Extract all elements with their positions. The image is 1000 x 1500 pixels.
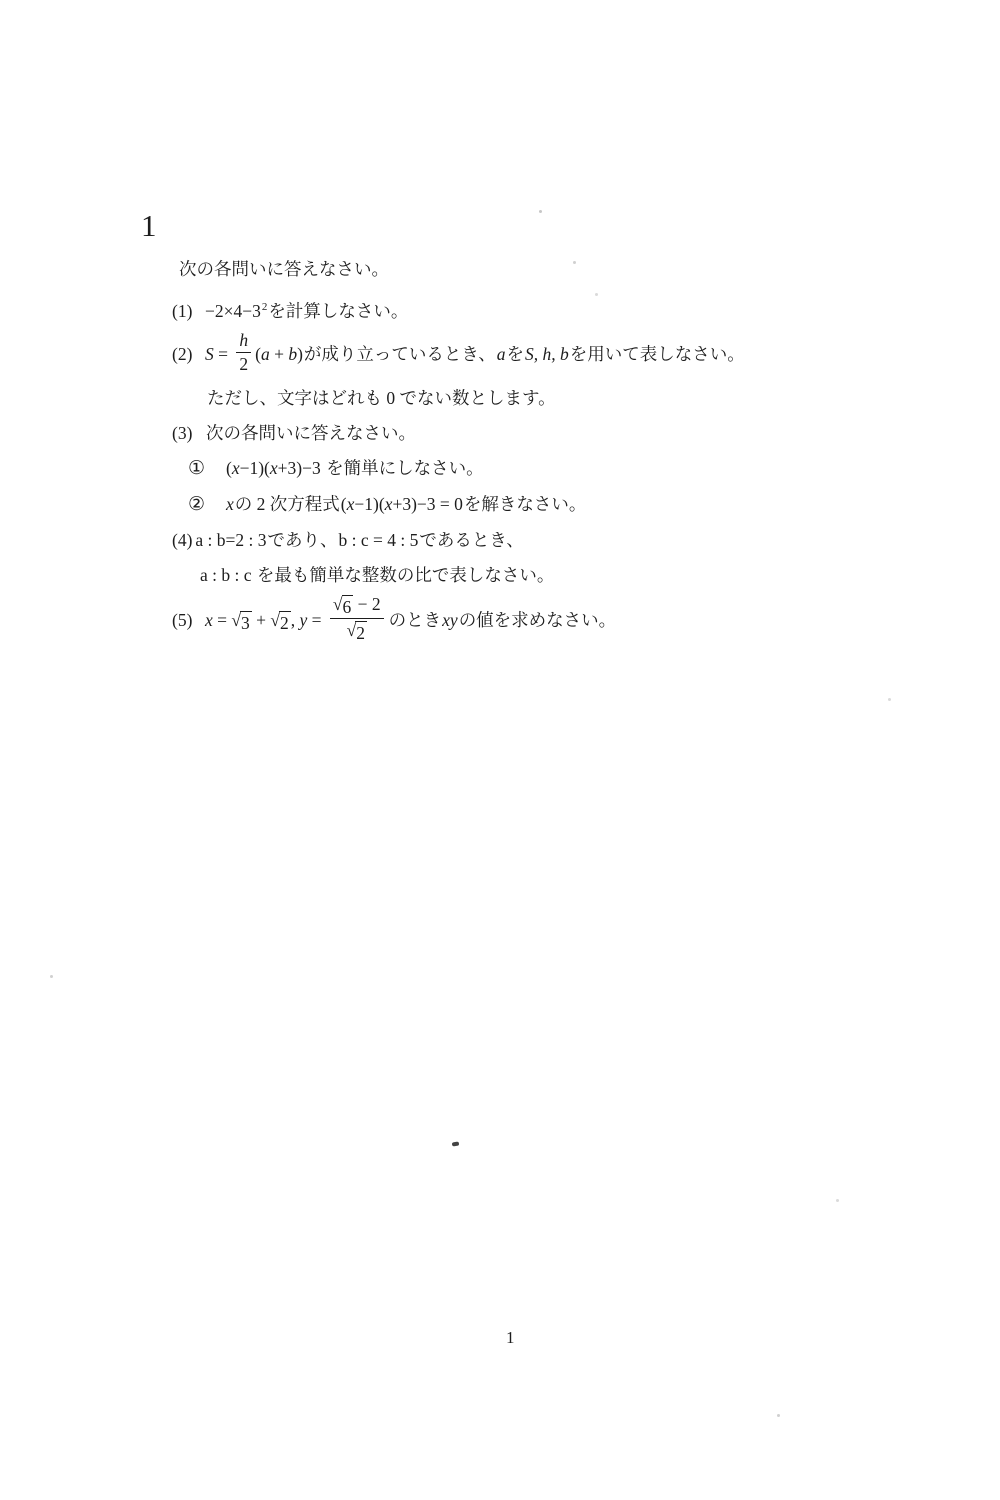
problem-3-1-text: (x−1)(x+3)−3 を簡単にしなさい。	[226, 458, 485, 478]
scan-speck	[452, 1142, 459, 1147]
problem-2-text: S = h2(a + b)が成り立っているとき、aをS, h, bを用いて表しな…	[205, 344, 746, 364]
exam-page: 1 次の各問いに答えなさい。(1)−2×4−32を計算しなさい。(2)S = h…	[0, 0, 1000, 1500]
problem-2: (2)S = h2(a + b)が成り立っているとき、aをS, h, bを用いて…	[172, 333, 862, 378]
problem-list: 次の各問いに答えなさい。(1)−2×4−32を計算しなさい。(2)S = h2(…	[172, 256, 862, 653]
page-number: 1	[506, 1328, 515, 1348]
scan-speck	[50, 975, 53, 978]
problem-number: 1	[141, 210, 157, 241]
problem-3-2-label: ②	[188, 492, 210, 518]
scan-speck	[595, 293, 598, 296]
problem-3-2-text: xの 2 次方程式(x−1)(x+3)−3 = 0を解きなさい。	[226, 494, 587, 514]
problem-3-label: (3)	[172, 420, 196, 446]
scan-speck	[573, 261, 576, 264]
problem-3-2: ②xの 2 次方程式(x−1)(x+3)−3 = 0を解きなさい。	[172, 491, 862, 518]
scan-speck	[539, 210, 542, 213]
problem-3-1-label: ①	[188, 456, 210, 482]
fraction: h2	[236, 330, 251, 375]
radical: √2	[347, 621, 367, 643]
problem-5: (5)x = √3 + √2, y = √6 − 2√2のときxyの値を求めなさ…	[172, 597, 862, 646]
problem-5-label: (5)	[172, 607, 196, 633]
radical: √6	[333, 595, 353, 617]
intro-line-text: 次の各問いに答えなさい。	[178, 259, 390, 279]
problem-4: (4)a : b=2 : 3であり、b : c = 4 : 5であるとき、	[172, 527, 862, 553]
problem-3-1: ①(x−1)(x+3)−3 を簡単にしなさい。	[172, 455, 862, 482]
problem-1-label: (1)	[172, 298, 196, 324]
problem-1-text: −2×4−32を計算しなさい。	[205, 301, 409, 321]
fraction: √6 − 2√2	[330, 594, 384, 643]
problem-4-cont: a : b : c を最も簡単な整数の比で表しなさい。	[172, 562, 862, 588]
intro-line: 次の各問いに答えなさい。	[172, 256, 862, 282]
scan-speck	[888, 698, 891, 701]
radical: √2	[270, 611, 290, 633]
problem-3-text: 次の各問いに答えなさい。	[205, 423, 417, 443]
problem-1: (1)−2×4−32を計算しなさい。	[172, 294, 862, 324]
problem-2-note: ただし、文字はどれも 0 でない数とします。	[172, 385, 862, 411]
radical: √3	[231, 611, 251, 633]
scan-speck	[836, 1199, 839, 1202]
scan-speck	[777, 1414, 780, 1417]
problem-5-text: x = √3 + √2, y = √6 − 2√2のときxyの値を求めなさい。	[205, 610, 617, 630]
problem-2-label: (2)	[172, 341, 196, 367]
problem-4-label: (4)	[172, 527, 192, 553]
problem-4-text: a : b=2 : 3であり、b : c = 4 : 5であるとき、	[195, 530, 524, 550]
problem-4-cont-text: a : b : c を最も簡単な整数の比で表しなさい。	[200, 565, 555, 585]
problem-2-note-text: ただし、文字はどれも 0 でない数とします。	[206, 388, 557, 408]
problem-3: (3)次の各問いに答えなさい。	[172, 420, 862, 446]
